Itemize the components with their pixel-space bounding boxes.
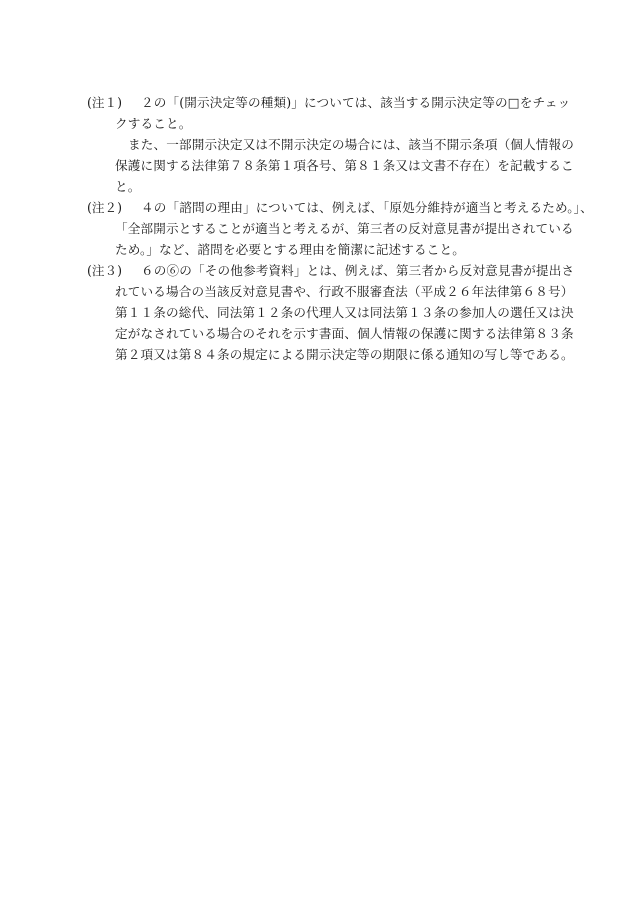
note-2-line-3: ため。」など、諮問を必要とする理由を簡潔に記述すること。 (115, 242, 465, 258)
note-1-line-5: と。 (115, 179, 141, 195)
note-1-line-1: ２の「(開示決定等の種類)」については、該当する開示決定等の□をチェッ (141, 95, 570, 111)
note-1-line-2: クすること。 (115, 116, 191, 132)
note-2-line-1: ４の「諮問の理由」については、例えば、「原処分維持が適当と考えるため。」、 (141, 200, 593, 216)
document-page: (注１) ２の「(開示決定等の種類)」については、該当する開示決定等の□をチェッ… (0, 0, 630, 903)
note-2-label: (注２) (87, 200, 122, 216)
note-3-label: (注３) (87, 263, 122, 279)
note-3-line-1: ６の⑥の「その他参考資料」とは、例えば、第三者から反対意見書が提出さ (141, 263, 574, 279)
note-1-label: (注１) (87, 95, 122, 111)
note-3-line-4: 定がなされている場合のそれを示す書面、個人情報の保護に関する法律第８３条 (115, 326, 574, 342)
note-3-line-5: 第２項又は第８４条の規定による開示決定等の期限に係る通知の写し等である。 (115, 347, 574, 363)
note-1-line-4: 保護に関する法律第７８条第１項各号、第８１条又は文書不存在）を記載するこ (115, 158, 574, 174)
note-3-line-2: れている場合の当該反対意見書や、行政不服審査法（平成２６年法律第６８号） (115, 284, 574, 300)
note-2-line-2: 「全部開示とすることが適当と考えるが、第三者の反対意見書が提出されている (115, 221, 574, 237)
note-1-line-3: また、一部開示決定又は不開示決定の場合には、該当不開示条項（個人情報の (128, 137, 574, 153)
note-3-line-3: 第１１条の総代、同法第１２条の代理人又は同法第１３条の参加人の選任又は決 (115, 305, 574, 321)
